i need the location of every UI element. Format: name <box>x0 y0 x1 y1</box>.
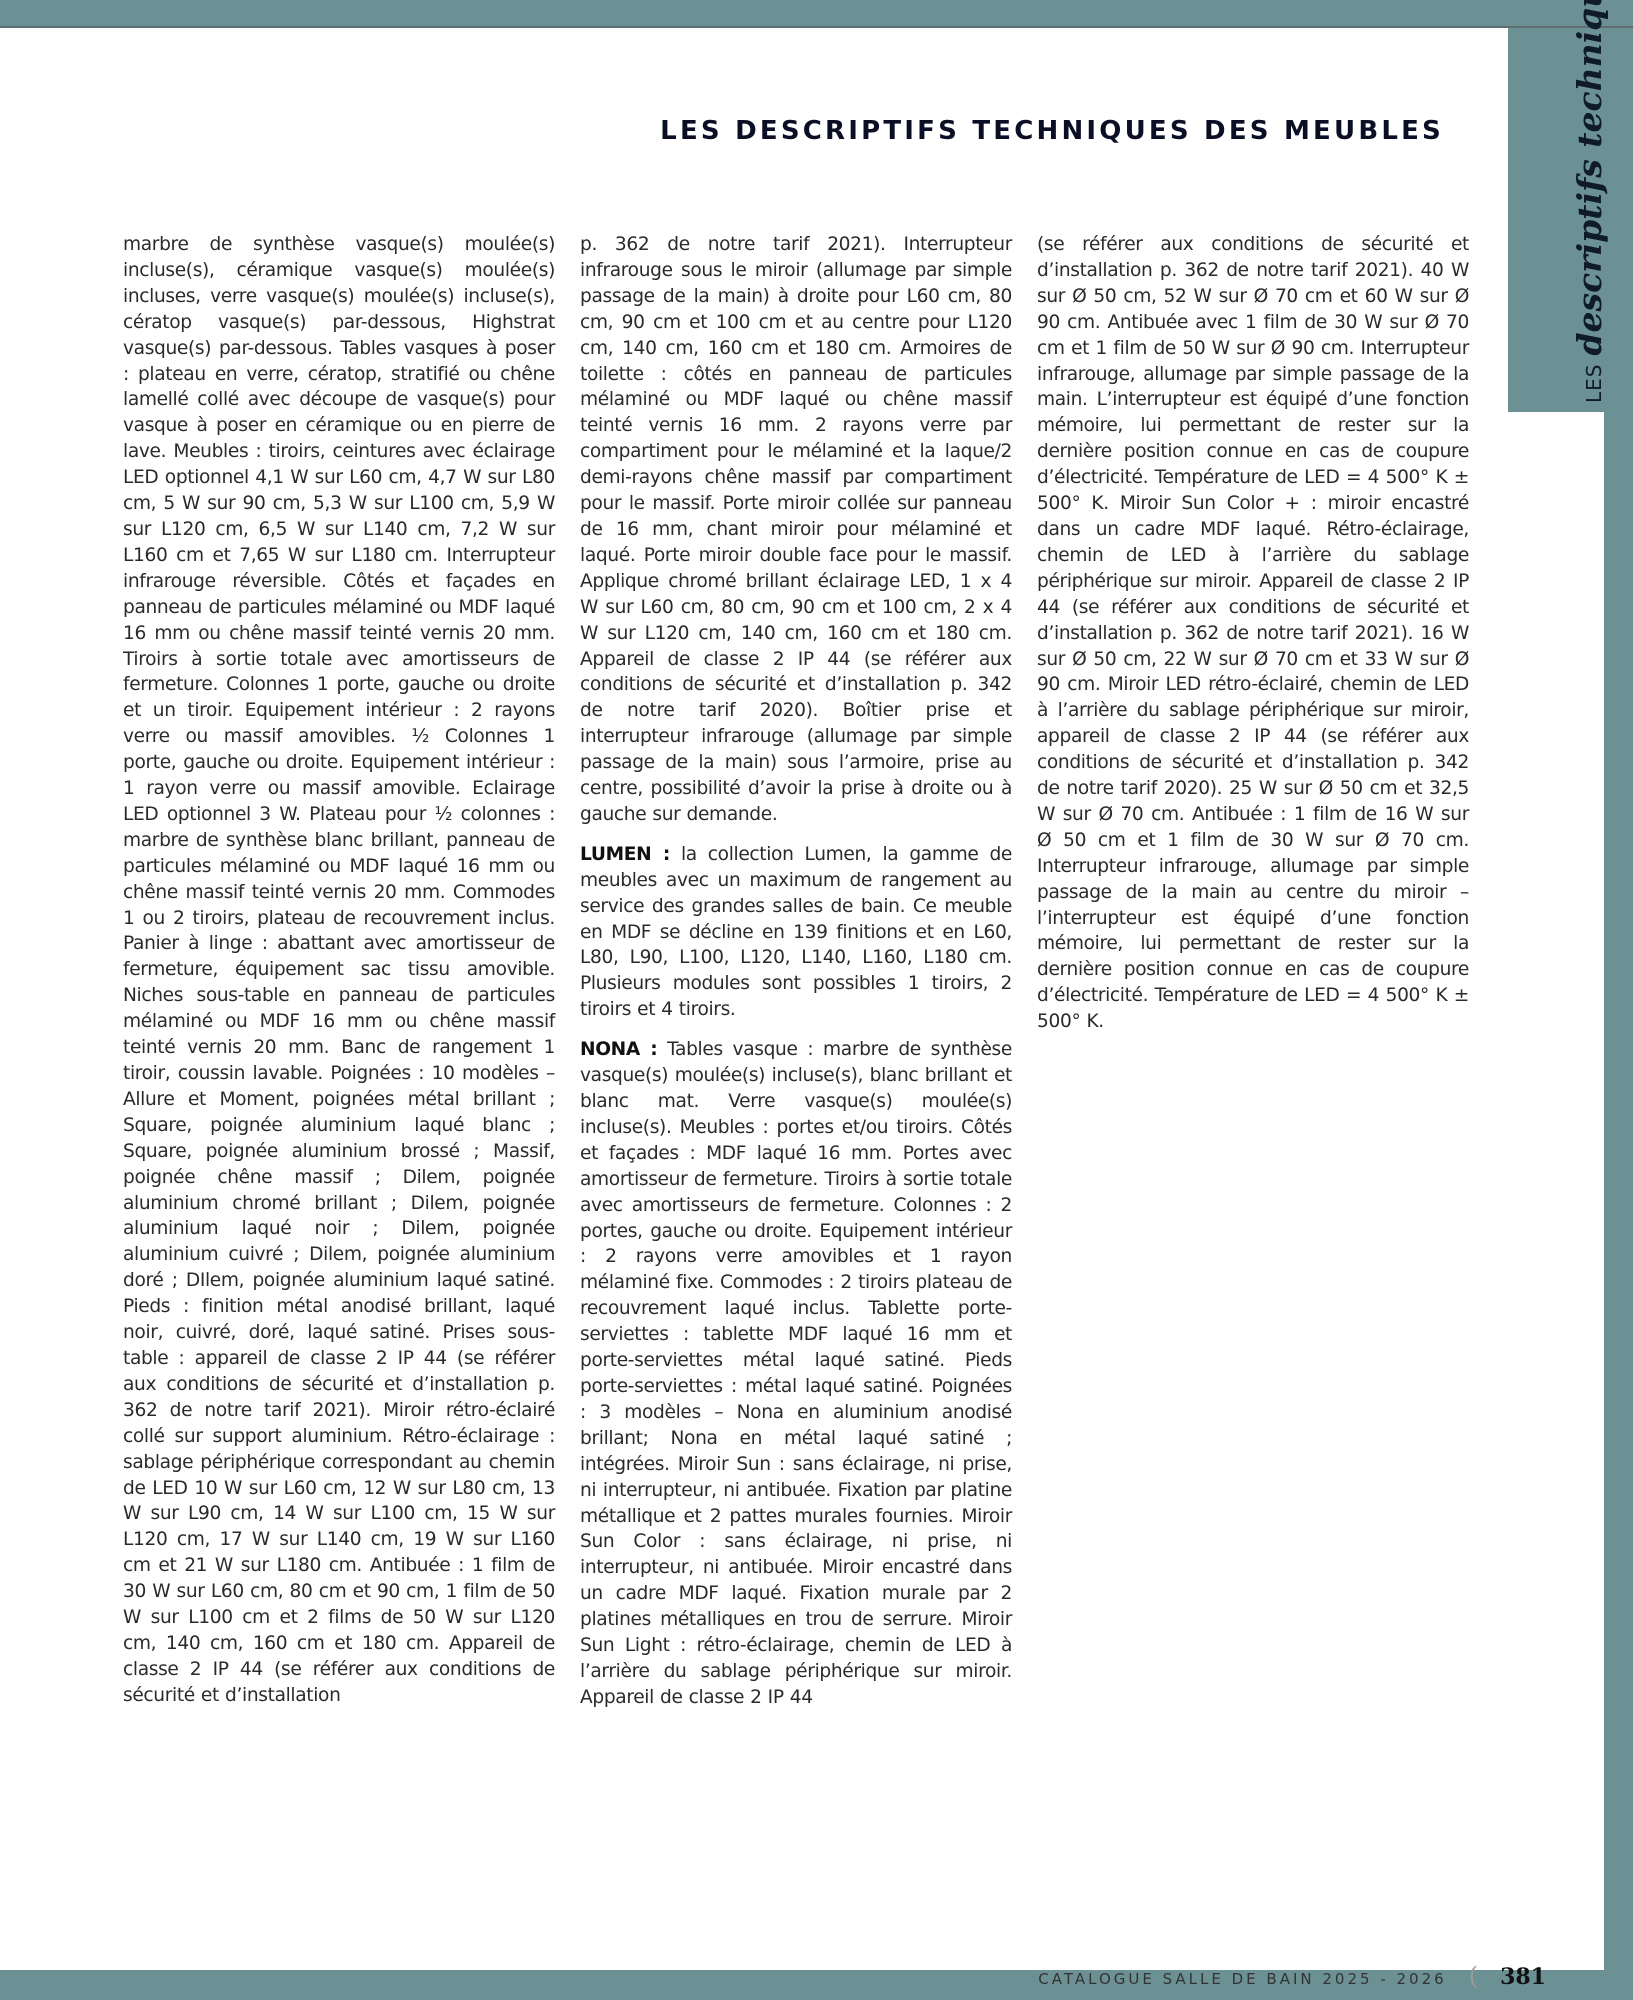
nona-title: NONA : <box>580 1039 657 1060</box>
text-column-3: (se référer aux conditions de sécurité e… <box>1037 232 1469 1049</box>
page-title: LES DESCRIPTIFS TECHNIQUES DES MEUBLES <box>660 116 1444 146</box>
lumen-title: LUMEN : <box>580 844 670 865</box>
nona-section: NONA : Tables vasque : marbre de synthès… <box>580 1037 1012 1711</box>
col1-paragraph: marbre de synthèse vasque(s) moulée(s) i… <box>123 232 555 1709</box>
side-tab-title: descriptifs techniques <box>1570 0 1609 356</box>
lumen-text: la collection Lumen, la gamme de meubles… <box>580 844 1012 1020</box>
text-column-2: p. 362 de notre tarif 2021). Interrupteu… <box>580 232 1012 1725</box>
page-number: 381 <box>1500 1964 1546 1990</box>
col3-paragraph: (se référer aux conditions de sécurité e… <box>1037 232 1469 1035</box>
footer-catalog-name: CATALOGUE SALLE DE BAIN 2025 - 2026 <box>1038 1970 1446 1988</box>
section-side-tab: LES descriptifs techniques <box>1508 28 1633 412</box>
lumen-section: LUMEN : la collection Lumen, la gamme de… <box>580 842 1012 1023</box>
footer-separator: ( <box>1469 1962 1478 1990</box>
nona-text: Tables vasque : marbre de synthèse vasqu… <box>580 1039 1012 1708</box>
text-column-1: marbre de synthèse vasque(s) moulée(s) i… <box>123 232 555 1723</box>
catalog-page: LES DESCRIPTIFS TECHNIQUES DES MEUBLES m… <box>0 28 1604 1970</box>
col2-intro-paragraph: p. 362 de notre tarif 2021). Interrupteu… <box>580 232 1012 828</box>
page-footer: CATALOGUE SALLE DE BAIN 2025 - 2026 ( 38… <box>1038 1962 1546 1990</box>
side-tab-label: LES descriptifs techniques <box>1570 0 1609 403</box>
side-tab-prefix: LES <box>1582 364 1606 403</box>
